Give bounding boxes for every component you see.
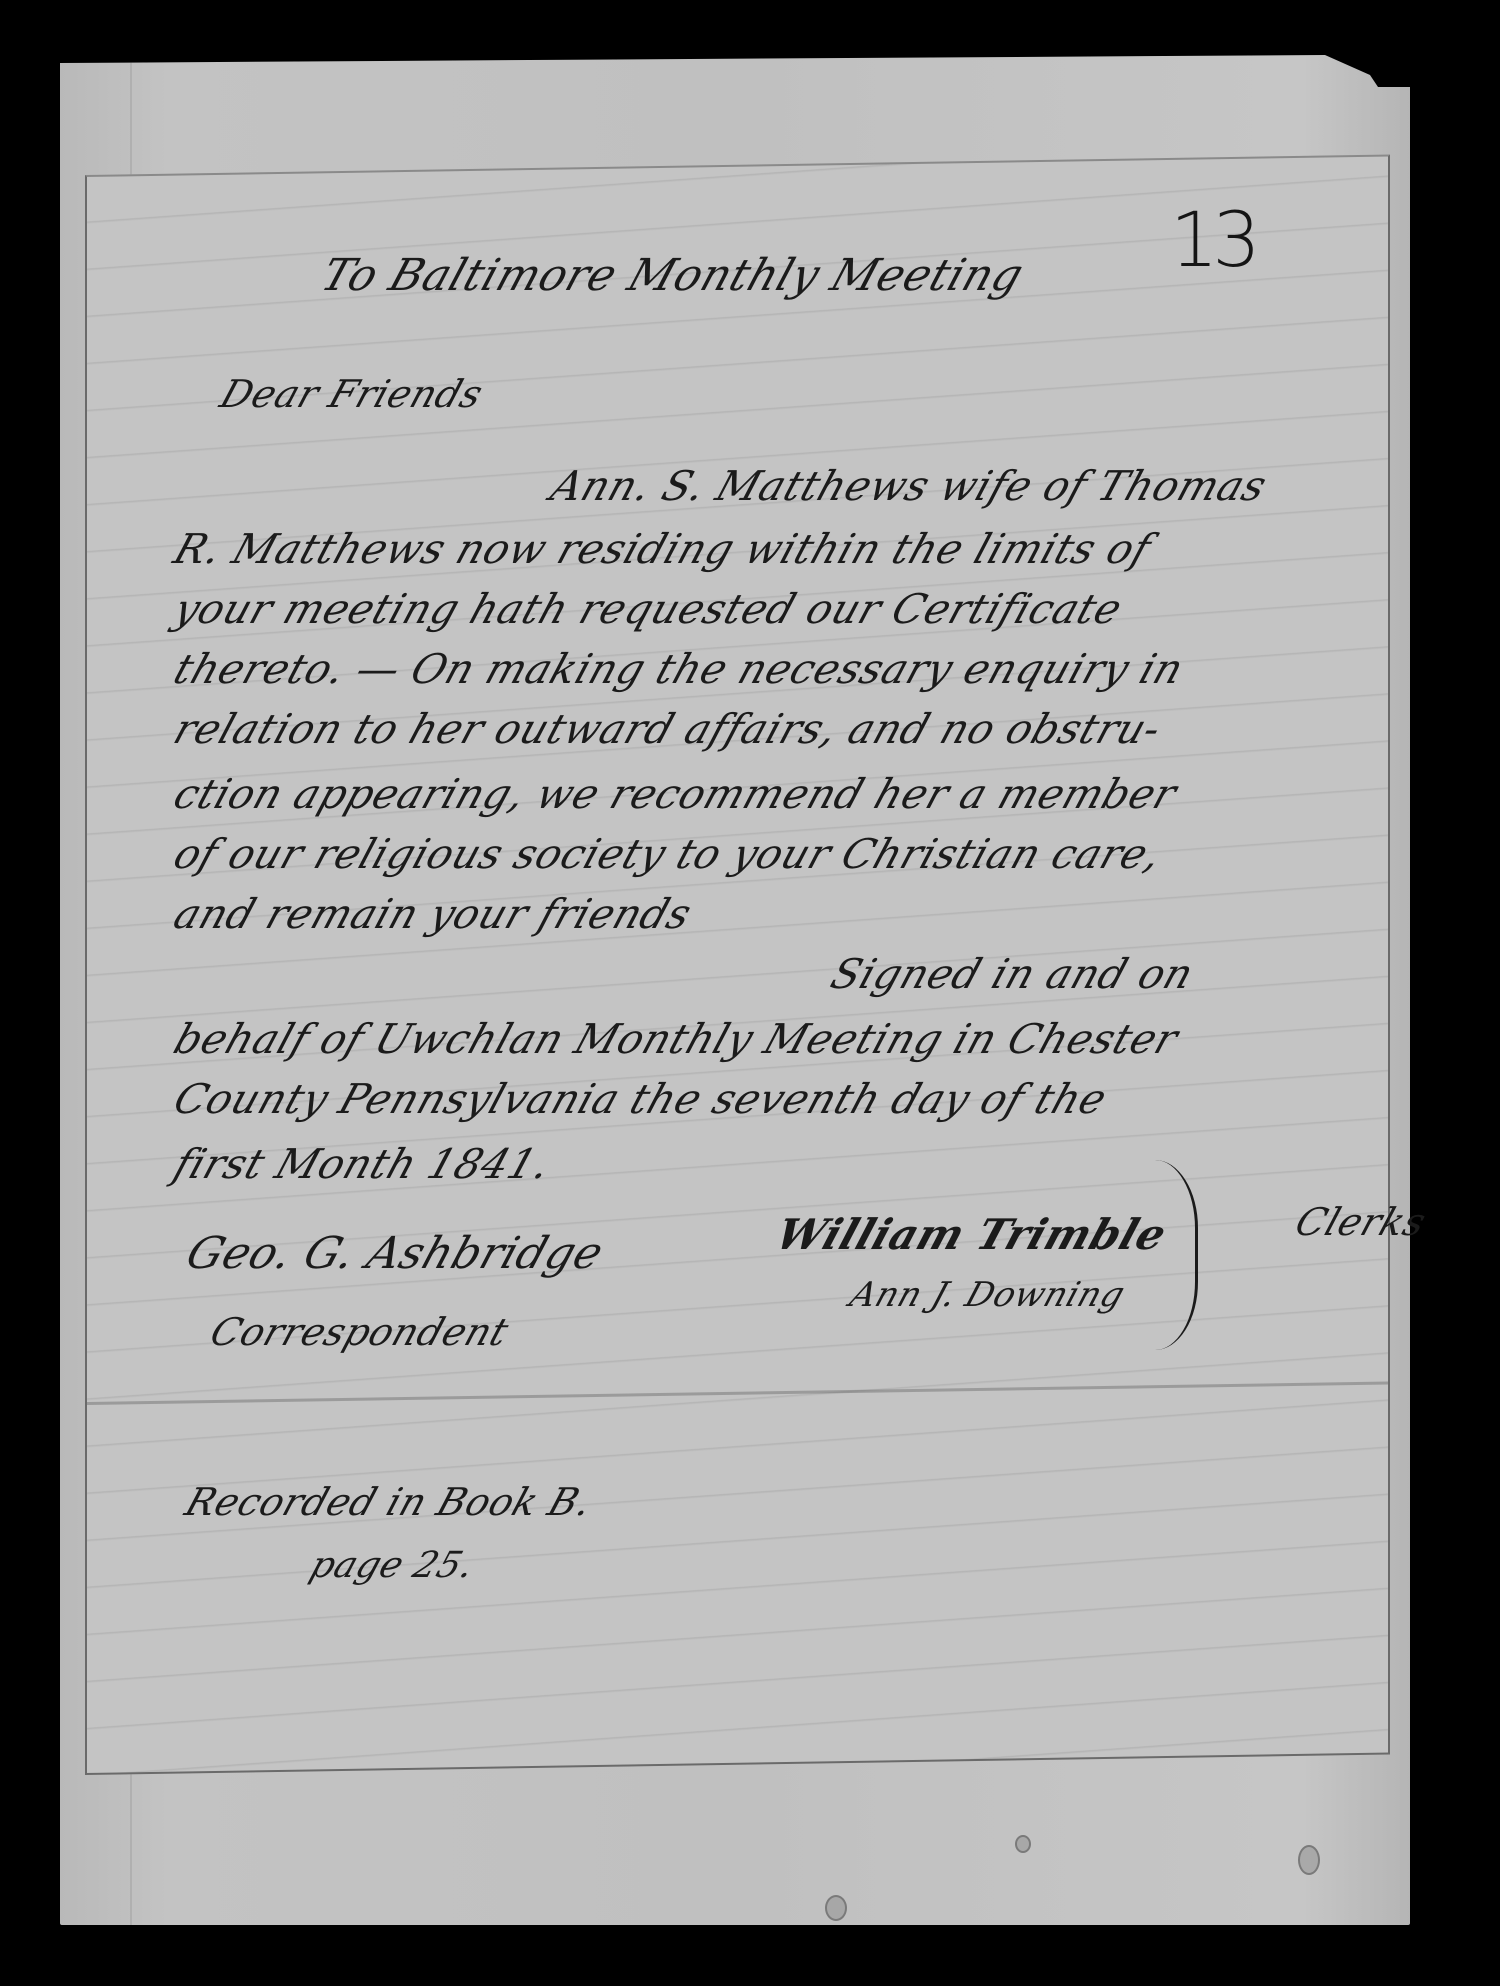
body-line: County Pennsylvania the seventh day of t… <box>168 1075 1113 1123</box>
clerk-signature-1: William Trimble <box>770 1210 1173 1259</box>
body-line: Ann. S. Matthews wife of Thomas <box>545 462 1273 510</box>
correspondent-signature: Geo. G. Ashbridge <box>180 1228 610 1279</box>
recording-note-line-2: page 25. <box>305 1545 480 1586</box>
body-line: and remain your friends <box>168 890 698 938</box>
body-line: Signed in and on <box>825 950 1200 998</box>
clerks-label: Clerks <box>1290 1200 1432 1244</box>
paper-stain <box>1015 1835 1031 1853</box>
body-line: relation to her outward affairs, and no … <box>168 705 1167 753</box>
body-line: behalf of Uwchlan Monthly Meeting in Che… <box>168 1015 1184 1063</box>
body-line: of our religious society to your Christi… <box>168 830 1168 878</box>
body-line: first Month 1841. <box>168 1140 557 1188</box>
correspondent-title: Correspondent <box>205 1310 514 1354</box>
paper-stain <box>825 1895 847 1921</box>
body-line: R. Matthews now residing within the limi… <box>168 525 1157 573</box>
page-number: 13 <box>1170 195 1255 284</box>
clerk-signature-2: Ann J. Downing <box>845 1275 1130 1315</box>
body-line: ction appearing, we recommend her a memb… <box>168 770 1183 818</box>
body-line: thereto. — On making the necessary enqui… <box>168 645 1190 693</box>
body-line: your meeting hath requested our Certific… <box>168 585 1128 633</box>
salutation: Dear Friends <box>215 372 489 416</box>
recording-note-line-1: Recorded in Book B. <box>180 1480 598 1524</box>
document-title: To Baltimore Monthly Meeting <box>315 250 1030 301</box>
paper-stain <box>1298 1845 1320 1875</box>
